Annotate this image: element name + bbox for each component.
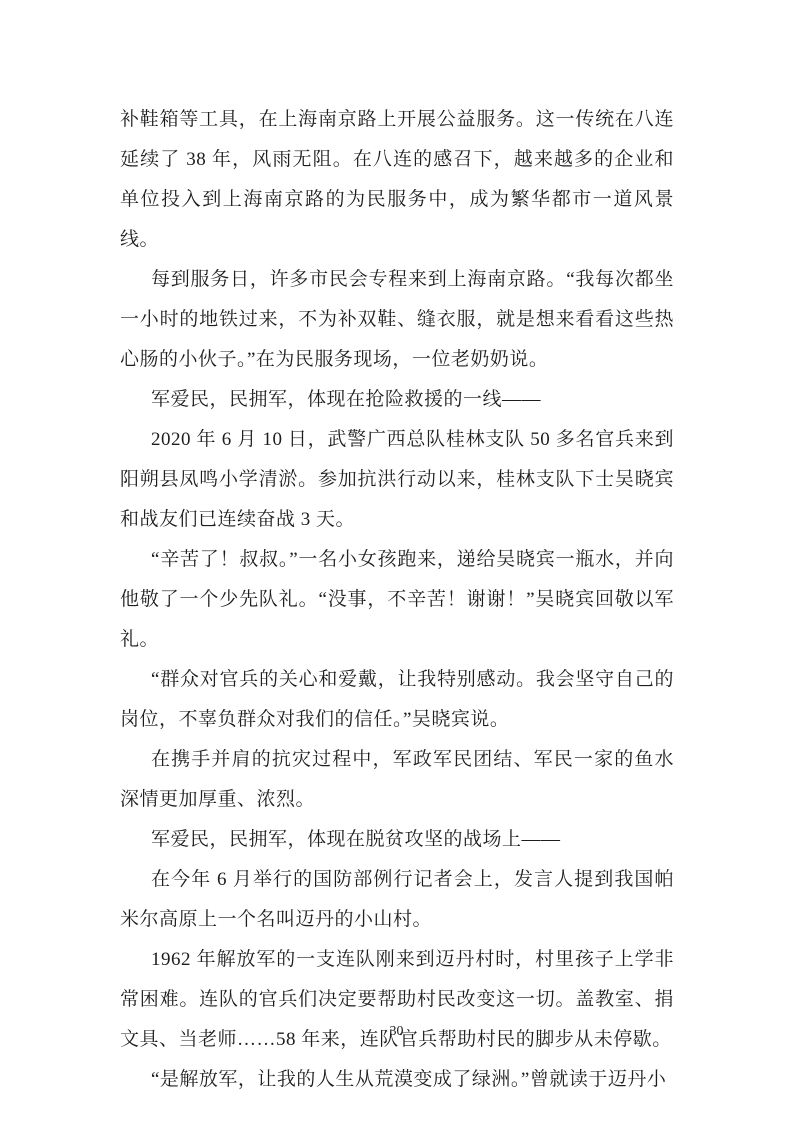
page-footer: 30	[0, 1022, 793, 1041]
paragraph: “是解放军，让我的人生从荒漠变成了绿洲。”曾就读于迈丹小	[120, 1060, 674, 1100]
page-number: 30	[390, 1023, 404, 1041]
paragraph: 在携手并肩的抗灾过程中，军政军民团结、军民一家的鱼水深情更加厚重、浓烈。	[120, 740, 674, 820]
paragraph: “辛苦了！叔叔。”一名小女孩跑来，递给吴晓宾一瓶水，并向他敬了一个少先队礼。“没…	[120, 540, 674, 660]
paragraph: “群众对官兵的关心和爱戴，让我特别感动。我会坚守自己的岗位，不辜负群众对我们的信…	[120, 660, 674, 740]
paragraph: 2020 年 6 月 10 日，武警广西总队桂林支队 50 多名官兵来到阳朔县凤…	[120, 420, 674, 540]
document-text: 补鞋箱等工具，在上海南京路上开展公益服务。这一传统在八连延续了 38 年，风雨无…	[120, 100, 674, 1100]
document-page: 补鞋箱等工具，在上海南京路上开展公益服务。这一传统在八连延续了 38 年，风雨无…	[0, 0, 793, 1122]
paragraph: 补鞋箱等工具，在上海南京路上开展公益服务。这一传统在八连延续了 38 年，风雨无…	[120, 100, 674, 260]
paragraph: 在今年 6 月举行的国防部例行记者会上，发言人提到我国帕米尔高原上一个名叫迈丹的…	[120, 860, 674, 940]
paragraph: 1962 年解放军的一支连队刚来到迈丹村时，村里孩子上学非常困难。连队的官兵们决…	[120, 940, 674, 1060]
paragraph: 军爱民，民拥军，体现在脱贫攻坚的战场上——	[120, 820, 674, 860]
paragraph: 军爱民，民拥军，体现在抢险救援的一线——	[120, 380, 674, 420]
paragraph: 每到服务日，许多市民会专程来到上海南京路。“我每次都坐一小时的地铁过来，不为补双…	[120, 260, 674, 380]
